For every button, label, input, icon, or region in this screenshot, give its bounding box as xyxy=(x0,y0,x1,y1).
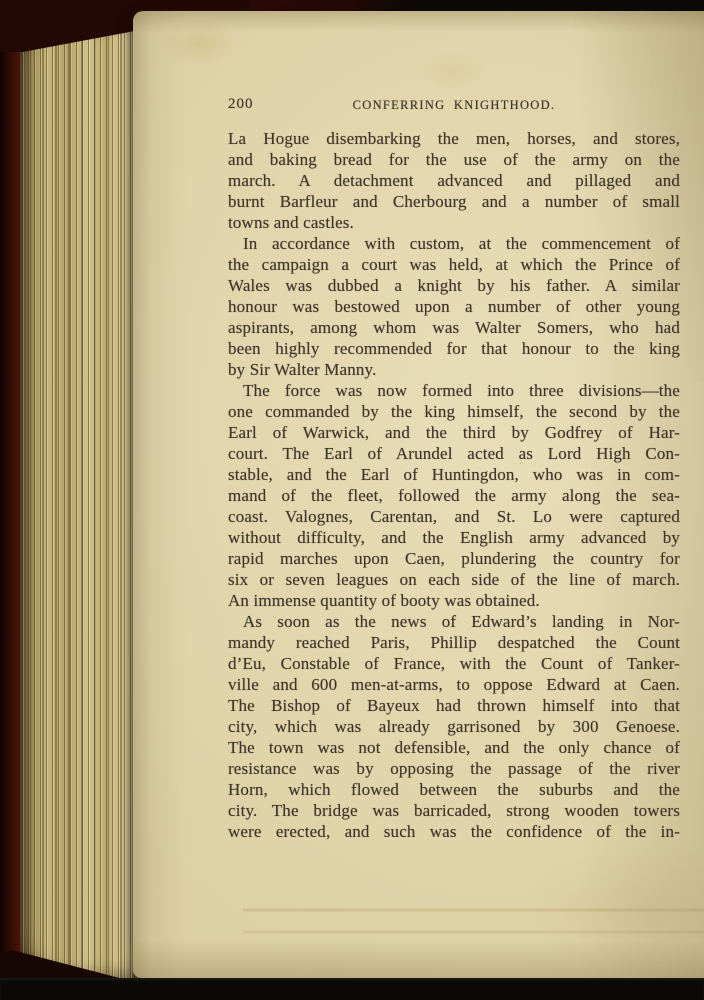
text-line: La Hogue disembarking the men, horses, a… xyxy=(228,128,680,149)
text-line: d’Eu, Constable of France, with the Coun… xyxy=(228,653,680,674)
text-line: rapid marches upon Caen, plundering the … xyxy=(228,548,680,569)
text-line: six or seven leagues on each side of the… xyxy=(228,569,680,590)
text-line: The force was now formed into three divi… xyxy=(228,380,680,401)
page-header: 200 CONFERRING KNIGHTHOOD. xyxy=(228,96,680,118)
text-line: ville and 600 men-at-arms, to oppose Edw… xyxy=(228,674,680,695)
text-line: As soon as the news of Edward’s landing … xyxy=(228,611,680,632)
text-line: one commanded by the king himself, the s… xyxy=(228,401,680,422)
paragraph: As soon as the news of Edward’s landing … xyxy=(228,611,680,842)
text-line: been highly recommended for that honour … xyxy=(228,338,680,359)
text-line: aspirants, among whom was Walter Somers,… xyxy=(228,317,680,338)
text-line: Wales was dubbed a knight by his father.… xyxy=(228,275,680,296)
text-line: The town was not defensible, and the onl… xyxy=(228,737,680,758)
book-page: 200 CONFERRING KNIGHTHOOD. La Hogue dise… xyxy=(133,11,704,978)
text-line: burnt Barfleur and Cherbourg and a numbe… xyxy=(228,191,680,212)
text-line: An immense quantity of booty was obtaine… xyxy=(228,590,680,611)
running-title: CONFERRING KNIGHTHOOD. xyxy=(353,98,556,113)
text-line: without difficulty, and the English army… xyxy=(228,527,680,548)
text-line: court. The Earl of Arundel acted as Lord… xyxy=(228,443,680,464)
text-line: stable, and the Earl of Huntingdon, who … xyxy=(228,464,680,485)
text-line: resistance was by opposing the passage o… xyxy=(228,758,680,779)
text-line: city, which was already garrisoned by 30… xyxy=(228,716,680,737)
text-line: The Bishop of Bayeux had thrown himself … xyxy=(228,695,680,716)
paragraph: La Hogue disembarking the men, horses, a… xyxy=(228,128,680,233)
text-line: In accordance with custom, at the commen… xyxy=(228,233,680,254)
book-scan: 200 CONFERRING KNIGHTHOOD. La Hogue dise… xyxy=(0,0,704,1000)
page-number: 200 xyxy=(228,96,254,113)
text-line: by Sir Walter Manny. xyxy=(228,359,680,380)
text-line: coast. Valognes, Carentan, and St. Lo we… xyxy=(228,506,680,527)
text-line: mand of the fleet, followed the army alo… xyxy=(228,485,680,506)
text-line: mandy reached Paris, Phillip despatched … xyxy=(228,632,680,653)
body-text: La Hogue disembarking the men, horses, a… xyxy=(228,128,680,842)
backdrop-bottom-band xyxy=(0,978,704,1000)
paragraph: The force was now formed into three divi… xyxy=(228,380,680,611)
text-line: city. The bridge was barricaded, strong … xyxy=(228,800,680,821)
text-line: Horn, which flowed between the suburbs a… xyxy=(228,779,680,800)
text-line: Earl of Warwick, and the third by Godfre… xyxy=(228,422,680,443)
underlying-page-edges xyxy=(243,896,704,958)
text-line: were erected, and such was the confidenc… xyxy=(228,821,680,842)
text-line: and baking bread for the use of the army… xyxy=(228,149,680,170)
paragraph: In accordance with custom, at the commen… xyxy=(228,233,680,380)
text-line: honour was bestowed upon a number of oth… xyxy=(228,296,680,317)
page-edge-stack xyxy=(20,12,138,990)
text-line: towns and castles. xyxy=(228,212,680,233)
text-line: march. A detachment advanced and pillage… xyxy=(228,170,680,191)
text-line: the campaign a court was held, at which … xyxy=(228,254,680,275)
